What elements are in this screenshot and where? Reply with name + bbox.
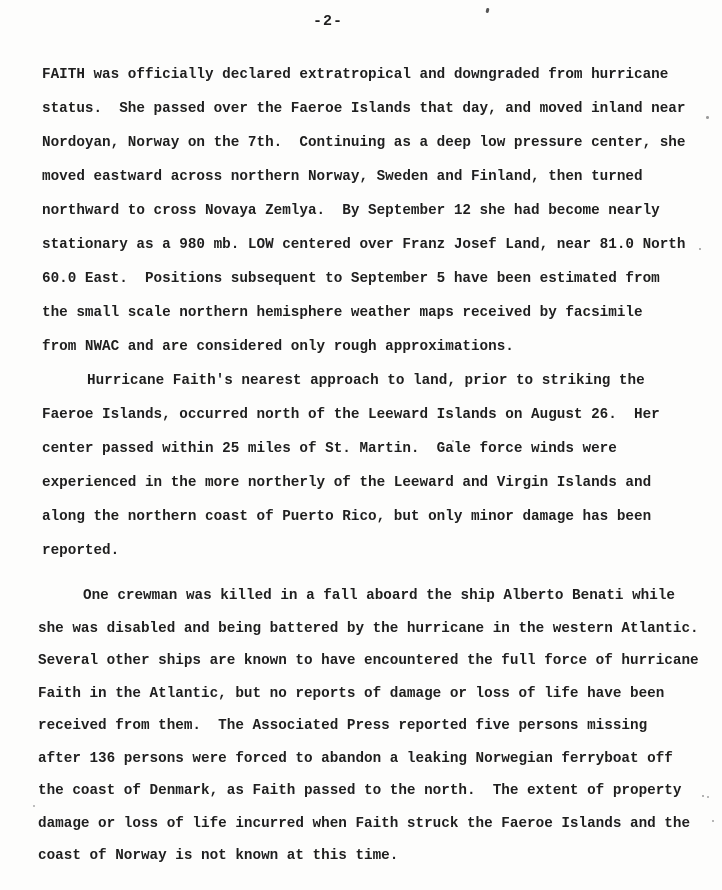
- ink-speck: [452, 440, 454, 442]
- paragraph-casualties: One crewman was killed in a fall aboard …: [38, 580, 722, 873]
- document-body: FAITH was officially declared extratropi…: [0, 58, 722, 873]
- paragraph-nearest-approach: Hurricane Faith's nearest approach to la…: [42, 364, 722, 568]
- page-number: -2-: [313, 13, 343, 30]
- ink-speck: [706, 116, 709, 119]
- ink-speck: [486, 8, 490, 14]
- ink-speck: [712, 820, 714, 822]
- ink-speck: [699, 248, 701, 250]
- ink-speck: [702, 795, 704, 797]
- ink-speck: [707, 796, 709, 798]
- paragraph-faith-extratropical: FAITH was officially declared extratropi…: [42, 58, 722, 364]
- document-page: -2- FAITH was officially declared extrat…: [0, 0, 722, 890]
- ink-speck: [33, 805, 35, 807]
